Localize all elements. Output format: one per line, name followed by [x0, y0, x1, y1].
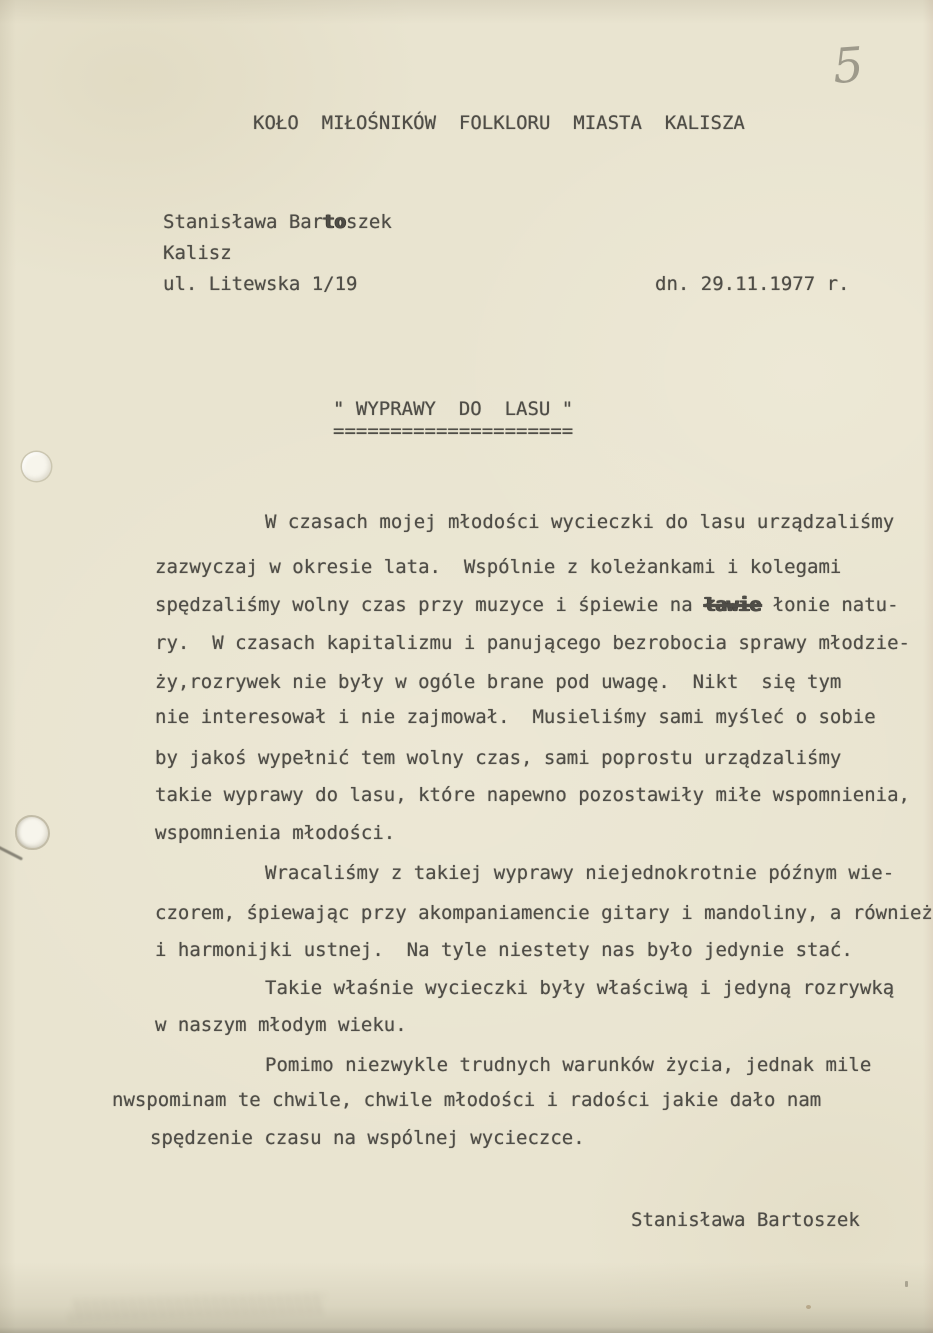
organization-header: KOŁO MIŁOŚNIKÓW FOLKLORU MIASTA KALISZA [253, 114, 745, 133]
body-line: Takie właśnie wycieczki były właściwą i … [265, 979, 894, 998]
body-line: takie wyprawy do lasu, które napewno poz… [155, 786, 910, 805]
struck-word: ławie [704, 594, 761, 616]
sender-city: Kalisz [163, 244, 232, 263]
letter-date: dn. 29.11.1977 r. [655, 275, 849, 294]
sender-address: ul. Litewska 1/19 [163, 275, 357, 294]
body-line: czorem, śpiewając przy akompaniamencie g… [155, 904, 933, 923]
paper-speck [806, 1305, 811, 1309]
handwritten-page-number: 5 [831, 41, 865, 91]
body-line: i harmonijki ustnej. Na tyle niestety na… [155, 941, 853, 960]
body-line: Pomimo niezwykle trudnych warunków życia… [265, 1056, 871, 1075]
body-line: W czasach mojej młodości wycieczki do la… [265, 513, 894, 532]
body-line: nie interesował i nie zajmował. Musieliś… [155, 708, 876, 727]
punch-hole-top [22, 452, 51, 481]
body-line: w naszym młodym wieku. [155, 1016, 407, 1035]
title-underline: ===================== [333, 422, 573, 441]
body-text: spędzaliśmy wolny czas przy muzyce i śpi… [155, 594, 704, 616]
pencil-mark [0, 844, 23, 860]
body-line: Wracaliśmy z takiej wyprawy niejednokrot… [265, 864, 894, 883]
sender-name: Stanisława Bartoszek [163, 213, 392, 232]
scanned-letter-page: 5 KOŁO MIŁOŚNIKÓW FOLKLORU MIASTA KALISZ… [0, 0, 933, 1333]
punch-hole-bottom [17, 817, 48, 848]
bleed-through-mark [70, 1293, 325, 1322]
body-line: nwspominam te chwile, chwile młodości i … [112, 1091, 821, 1110]
body-line: wspomnienia młodości. [155, 824, 395, 843]
body-line: zazwyczaj w okresie lata. Wspólnie z kol… [155, 558, 841, 577]
signature: Stanisława Bartoszek [631, 1211, 860, 1230]
sender-name-text: Stanisława Bar [163, 211, 323, 233]
body-line: ry. W czasach kapitalizmu i panującego b… [155, 634, 910, 653]
body-line: spędzenie czasu na wspólnej wycieczce. [150, 1129, 585, 1148]
sender-name-text: szek [346, 211, 392, 233]
body-line: spędzaliśmy wolny czas przy muzyce i śpi… [155, 596, 899, 615]
body-line: by jakoś wypełnić tem wolny czas, sami p… [155, 749, 841, 768]
overstruck-letters: to [323, 211, 346, 233]
body-line: ży,rozrywek nie były w ogóle brane pod u… [155, 673, 841, 692]
paper-speck [905, 1281, 908, 1287]
letter-title: " WYPRAWY DO LASU " [333, 400, 573, 419]
body-text: łonie natu- [761, 594, 898, 616]
